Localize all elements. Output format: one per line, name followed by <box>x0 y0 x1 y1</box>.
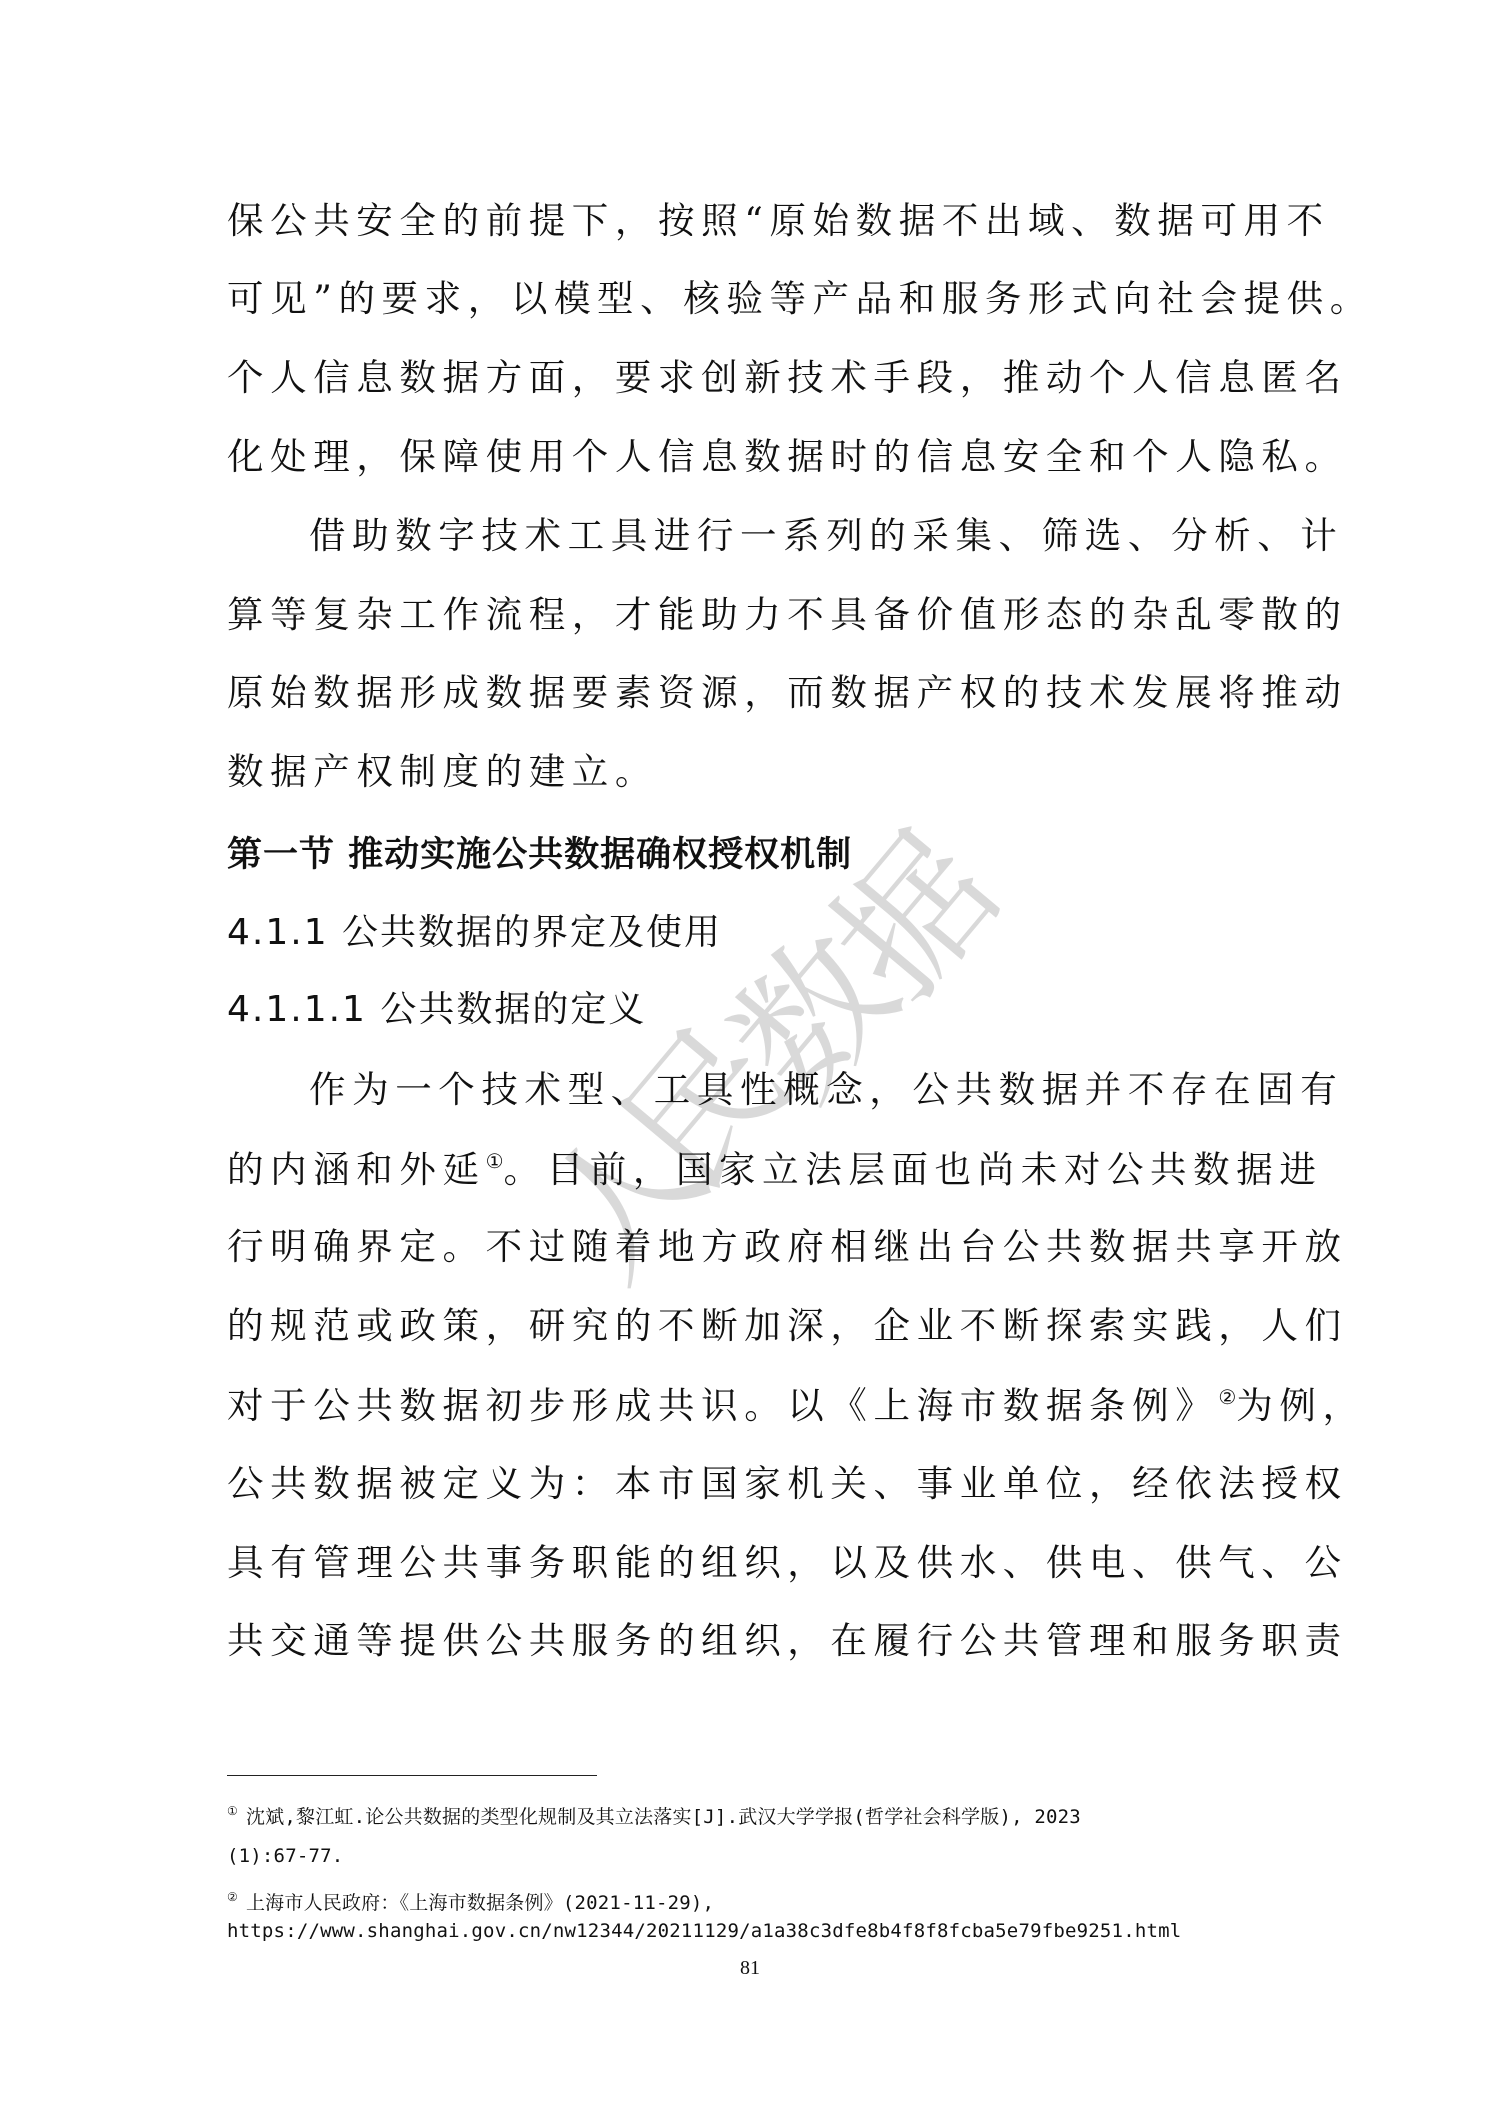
footnote-text: 沈斌,黎江虹.论公共数据的类型化规制及其立法落实[J].武汉大学学报(哲学社会科… <box>246 1806 1081 1828</box>
text: 对于公共数据初步形成共识。以《上海市数据条例》 <box>227 1384 1218 1427</box>
subsection-title: 4.1.1 公共数据的界定及使用 <box>227 915 1282 951</box>
body-line: 算等复杂工作流程，才能助力不具备价值形态的杂乱零散的 <box>227 597 1282 634</box>
document-page: 人 民 数 据 保公共安全的前提下，按照“原始数据不出域、数据可用不 可见”的要… <box>0 0 1500 2121</box>
footnote-separator <box>227 1775 597 1776</box>
body-line: 的内涵和外延①。目前，国家立法层面也尚未对公共数据进 <box>227 1151 1282 1189</box>
body-line: 借助数字技术工具进行一系列的采集、筛选、分析、计 <box>227 518 1364 555</box>
footnote-1: ①沈斌,黎江虹.论公共数据的类型化规制及其立法落实[J].武汉大学学报(哲学社会… <box>227 1805 1081 1827</box>
text: 的内涵和外延 <box>227 1148 486 1191</box>
body-line: 数据产权制度的建立。 <box>227 754 1282 791</box>
footnote-2-url[interactable]: https://www.shanghai.gov.cn/nw12344/2021… <box>227 1922 1181 1941</box>
section-title: 第一节 推动实施公共数据确权授权机制 <box>227 838 1282 873</box>
body-line: 原始数据形成数据要素资源，而数据产权的技术发展将推动 <box>227 675 1282 712</box>
text: 。目前，国家立法层面也尚未对公共数据进 <box>504 1148 1323 1191</box>
text: 为例， <box>1236 1384 1365 1427</box>
body-line: 的规范或政策，研究的不断加深，企业不断探索实践，人们 <box>227 1308 1282 1345</box>
body-line: 公共数据被定义为：本市国家机关、事业单位，经依法授权 <box>227 1466 1282 1503</box>
watermark: 人 民 数 据 <box>560 840 980 1280</box>
body-line: 化处理，保障使用个人信息数据时的信息安全和个人隐私。 <box>227 439 1282 476</box>
body-line: 可见”的要求，以模型、核验等产品和服务形式向社会提供。 <box>227 281 1282 318</box>
footnote-text: 上海市人民政府：《上海市数据条例》(2021-11-29), <box>246 1892 714 1914</box>
footnote-2: ②上海市人民政府：《上海市数据条例》(2021-11-29), <box>227 1891 714 1913</box>
footnote-mark: ② <box>227 1890 238 1904</box>
footnote-mark: ① <box>227 1804 238 1818</box>
body-line: 共交通等提供公共服务的组织，在履行公共管理和服务职责 <box>227 1623 1282 1660</box>
footnote-ref-1[interactable]: ① <box>486 1149 504 1173</box>
body-line: 保公共安全的前提下，按照“原始数据不出域、数据可用不 <box>227 203 1282 240</box>
body-line: 行明确界定。不过随着地方政府相继出台公共数据共享开放 <box>227 1229 1282 1266</box>
body-line: 对于公共数据初步形成共识。以《上海市数据条例》②为例， <box>227 1387 1282 1425</box>
body-line: 个人信息数据方面，要求创新技术手段，推动个人信息匿名 <box>227 360 1282 397</box>
footnote-ref-2[interactable]: ② <box>1218 1385 1236 1409</box>
subsubsection-title: 4.1.1.1 公共数据的定义 <box>227 992 1282 1028</box>
footnote-1-cont: (1):67-77. <box>227 1847 343 1866</box>
page-number: 81 <box>0 1957 1500 1980</box>
body-line: 作为一个技术型、工具性概念，公共数据并不存在固有 <box>227 1072 1364 1109</box>
body-line: 具有管理公共事务职能的组织，以及供水、供电、供气、公 <box>227 1545 1282 1582</box>
